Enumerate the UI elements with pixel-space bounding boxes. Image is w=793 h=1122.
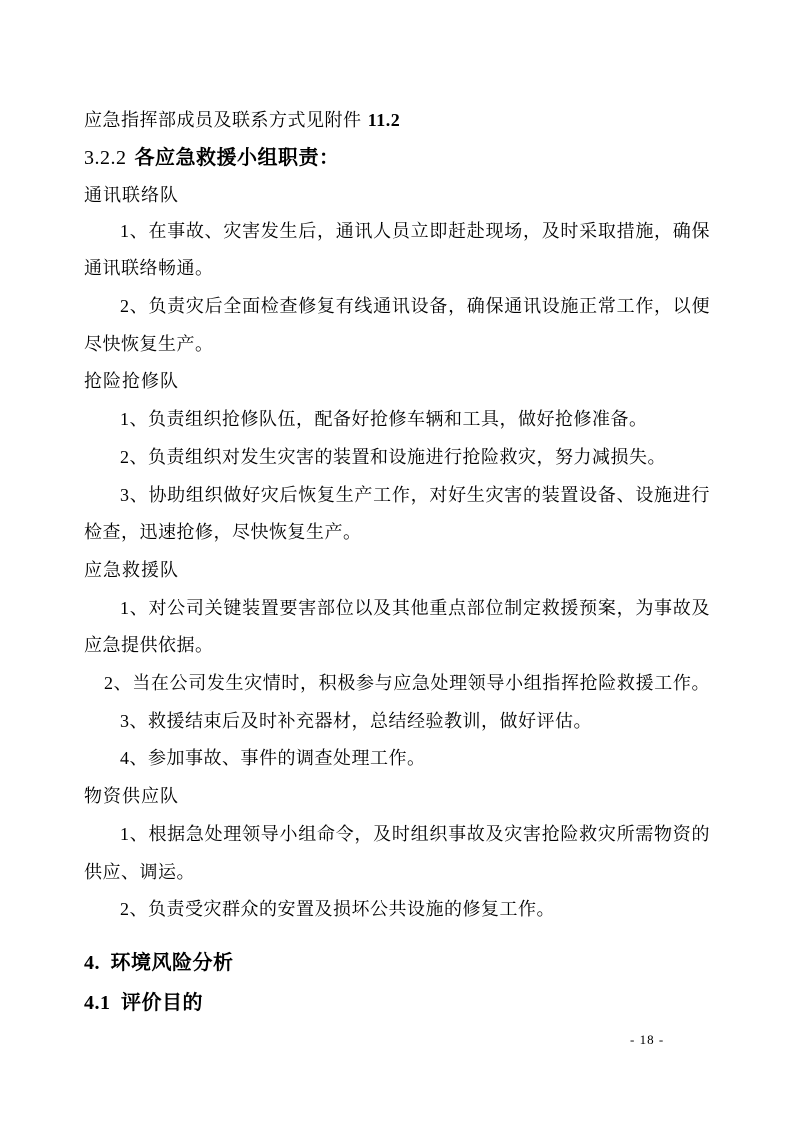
rescue-item2: 2、当在公司发生灾情时，积极参与应急处理领导小组指挥抢险救援工作。: [84, 664, 710, 702]
comm-item2-line2: 尽快恢复生产。: [84, 325, 710, 363]
supply-item1-line2: 供应、调运。: [84, 853, 710, 891]
attachment-reference: 11.2: [368, 110, 401, 130]
team-name-supply: 物资供应队: [84, 777, 710, 815]
supply-item1-line1: 1、根据急处理领导小组命令，及时组织事故及灾害抢险救灾所需物资的: [84, 815, 710, 853]
document-page: 应急指挥部成员及联系方式见附件11.2 3.2.2各应急救援小组职责： 通讯联络…: [0, 0, 793, 1122]
team-name-communication: 通讯联络队: [84, 176, 710, 214]
rescue-item3: 3、救援结束后及时补充器材，总结经验教训，做好评估。: [84, 702, 710, 740]
repair-item2: 2、负责组织对发生灾害的装置和设施进行抢险救灾，努力减损失。: [84, 438, 710, 476]
intro-line: 应急指挥部成员及联系方式见附件11.2: [84, 101, 710, 139]
repair-item1: 1、负责组织抢修队伍，配备好抢修车辆和工具，做好抢修准备。: [84, 400, 710, 438]
rescue-item1-line1: 1、对公司关键装置要害部位以及其他重点部位制定救援预案，为事故及: [84, 589, 710, 627]
comm-item2-line1: 2、负责灾后全面检查修复有线通讯设备，确保通讯设施正常工作，以便: [84, 287, 710, 325]
section-number: 3.2.2: [84, 147, 127, 169]
supply-item2: 2、负责受灾群众的安置及损坏公共设施的修复工作。: [84, 890, 710, 928]
repair-item3-line2: 检查，迅速抢修，尽快恢复生产。: [84, 513, 710, 551]
repair-item3-line1: 3、协助组织做好灾后恢复生产工作，对好生灾害的装置设备、设施进行: [84, 476, 710, 514]
team-name-rescue: 应急救援队: [84, 551, 710, 589]
comm-item1-line2: 通讯联络畅通。: [84, 249, 710, 287]
intro-text: 应急指挥部成员及联系方式见附件: [84, 110, 362, 130]
section-heading-4: 4. 环境风险分析: [84, 944, 710, 982]
rescue-item1-line2: 应急提供依据。: [84, 626, 710, 664]
comm-item1-line1: 1、在事故、灾害发生后，通讯人员立即赶赴现场，及时采取措施，确保: [84, 212, 710, 250]
section-title: 各应急救援小组职责：: [135, 147, 340, 169]
team-name-repair: 抢险抢修队: [84, 362, 710, 400]
rescue-item4: 4、参加事故、事件的调查处理工作。: [84, 739, 710, 777]
page-number: - 18 -: [630, 1031, 750, 1049]
section-heading-4-1: 4.1 评价目的: [84, 984, 710, 1022]
section-heading-3-2-2: 3.2.2各应急救援小组职责：: [84, 139, 710, 177]
